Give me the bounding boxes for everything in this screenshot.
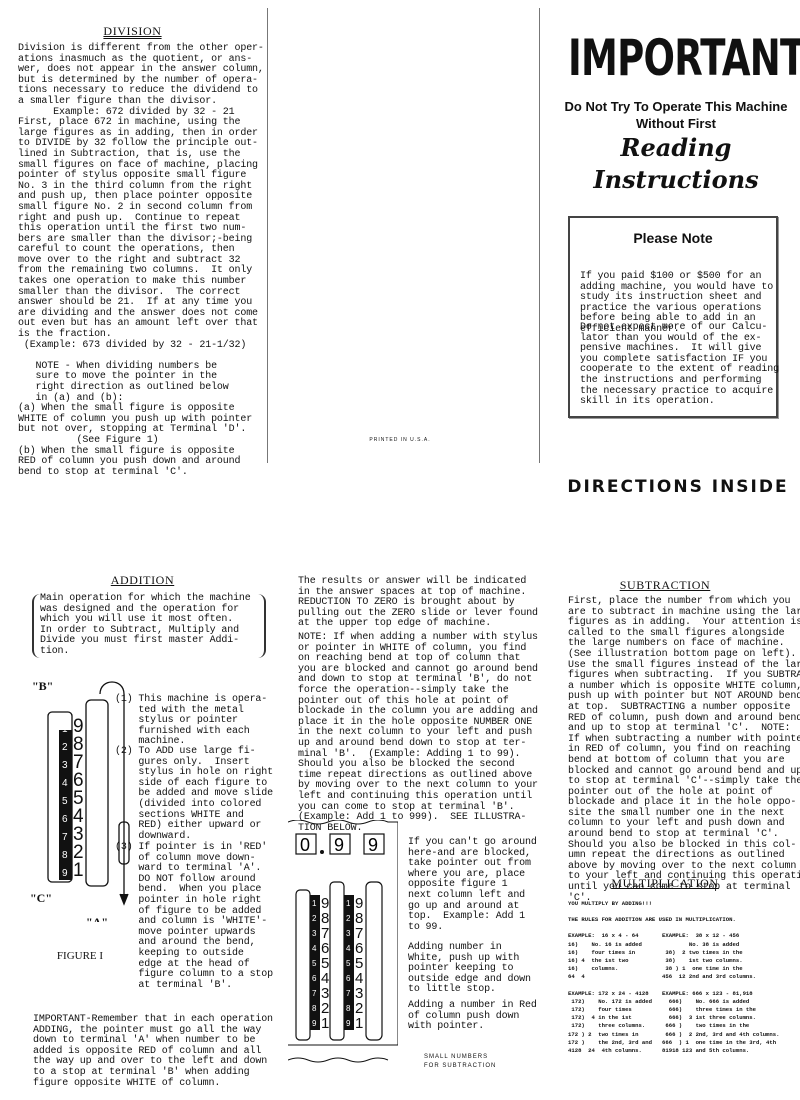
results-paragraph: The results or answer will be indicated … (298, 577, 524, 630)
svg-text:7: 7 (62, 832, 68, 843)
directions-inside-banner: DIRECTIONS INSIDE (558, 477, 798, 497)
division-body: Division is different from the other ope… (18, 44, 258, 478)
svg-text:"C": "C" (30, 891, 52, 905)
svg-text:8: 8 (62, 850, 68, 861)
svg-text:5: 5 (312, 959, 317, 968)
svg-text:6: 6 (312, 974, 317, 983)
please-note-paragraph-2: Do not expect more of our Calcu- lator t… (580, 323, 775, 408)
rules-line: THE RULES FOR ADDITION ARE USED IN MULTI… (568, 916, 796, 924)
multiplication-title: MULTIPLICATION (530, 876, 800, 891)
svg-text:1: 1 (321, 1015, 329, 1032)
svg-text:8: 8 (346, 1004, 351, 1013)
svg-text:8: 8 (312, 1004, 317, 1013)
addition-step-3: (3) If pointer is in 'RED' of column mov… (115, 843, 265, 991)
svg-text:2: 2 (346, 914, 351, 923)
addition-step-2: (2) To ADD use large fi- gures only. Ins… (115, 747, 265, 842)
cover-script-reading: Reading (560, 133, 792, 162)
addition-step-1: (1) This machine is opera- ted with the … (115, 695, 265, 748)
panel-divider (267, 8, 268, 463)
svg-text:3: 3 (312, 929, 317, 938)
multiply-by-adding: YOU MULTIPLY BY ADDING!!! (568, 900, 796, 908)
division-title: DIVISION (0, 24, 265, 39)
svg-text:1: 1 (73, 860, 84, 881)
svg-text:1: 1 (346, 899, 351, 908)
svg-text:"A": "A" (86, 915, 108, 922)
svg-text:"D": "D" (88, 672, 110, 673)
figure-caption: FIGURE I (30, 950, 130, 962)
example-38x12: EXAMPLE: 38 x 12 - 456 No. 38 is added 3… (662, 932, 756, 981)
addition-important-note: IMPORTANT-Remember that in each operatio… (33, 1015, 258, 1089)
svg-text:9: 9 (312, 1019, 317, 1028)
svg-text:6: 6 (62, 814, 68, 825)
svg-text:9: 9 (62, 868, 68, 879)
multiplication-examples: YOU MULTIPLY BY ADDING!!! THE RULES FOR … (568, 900, 796, 1055)
svg-text:6: 6 (346, 974, 351, 983)
svg-text:3: 3 (62, 760, 68, 771)
svg-text:9: 9 (346, 1019, 351, 1028)
carry-illustration: 099 987654321123456789987654321123456789 (288, 820, 398, 1075)
svg-text:2: 2 (312, 914, 317, 923)
svg-text:7: 7 (312, 989, 317, 998)
svg-text:9: 9 (334, 835, 344, 855)
please-note-title: Please Note (570, 230, 776, 246)
panel-divider (539, 8, 540, 463)
cover-script-instructions: Instructions (560, 165, 792, 194)
callout-blocked: If you can't go around here-and are bloc… (408, 838, 528, 933)
subtraction-title: SUBTRACTION (530, 578, 800, 593)
svg-text:0: 0 (300, 835, 310, 855)
callout-white: Adding number in White, push up with poi… (408, 943, 528, 996)
svg-text:7: 7 (346, 989, 351, 998)
svg-text:9: 9 (368, 835, 378, 855)
example-16x4: EXAMPLE: 16 x 4 - 64 16) No. 16 is added… (568, 932, 662, 981)
example-666x123: EXAMPLE: 666 x 123 - 81,918 666) No. 666… (662, 990, 780, 1056)
please-note-box: Please Note If you paid $100 or $500 for… (568, 216, 778, 418)
svg-text:4: 4 (312, 944, 317, 953)
svg-text:1: 1 (355, 1015, 363, 1032)
callout-red: Adding a number in Red of column push do… (408, 1001, 528, 1033)
cover-headline: IMPORTANT (568, 30, 725, 86)
svg-text:5: 5 (346, 959, 351, 968)
cover-subline: Do Not Try To Operate This Machine Witho… (560, 98, 792, 132)
addition-title: ADDITION (0, 573, 285, 588)
example-172x24: EXAMPLE: 172 x 24 - 4128 172) No. 172 is… (568, 990, 662, 1056)
subtraction-body: First, place the number from which you a… (568, 597, 792, 904)
svg-text:3: 3 (346, 929, 351, 938)
svg-text:5: 5 (62, 796, 68, 807)
svg-text:"B": "B" (32, 679, 53, 693)
svg-text:1: 1 (62, 724, 68, 735)
svg-text:2: 2 (62, 742, 68, 753)
svg-text:4: 4 (62, 778, 68, 789)
printed-in-usa: PRINTED IN U.S.A. (270, 437, 530, 443)
svg-text:1: 1 (312, 899, 317, 908)
svg-text:4: 4 (346, 944, 351, 953)
blocked-note-paragraph: NOTE: If when adding a number with stylu… (298, 633, 524, 834)
callout-small-numbers: SMALL NUMBERS FOR SUBTRACTION (424, 1053, 524, 1071)
addition-intro: Main operation for which the machine was… (32, 594, 266, 658)
